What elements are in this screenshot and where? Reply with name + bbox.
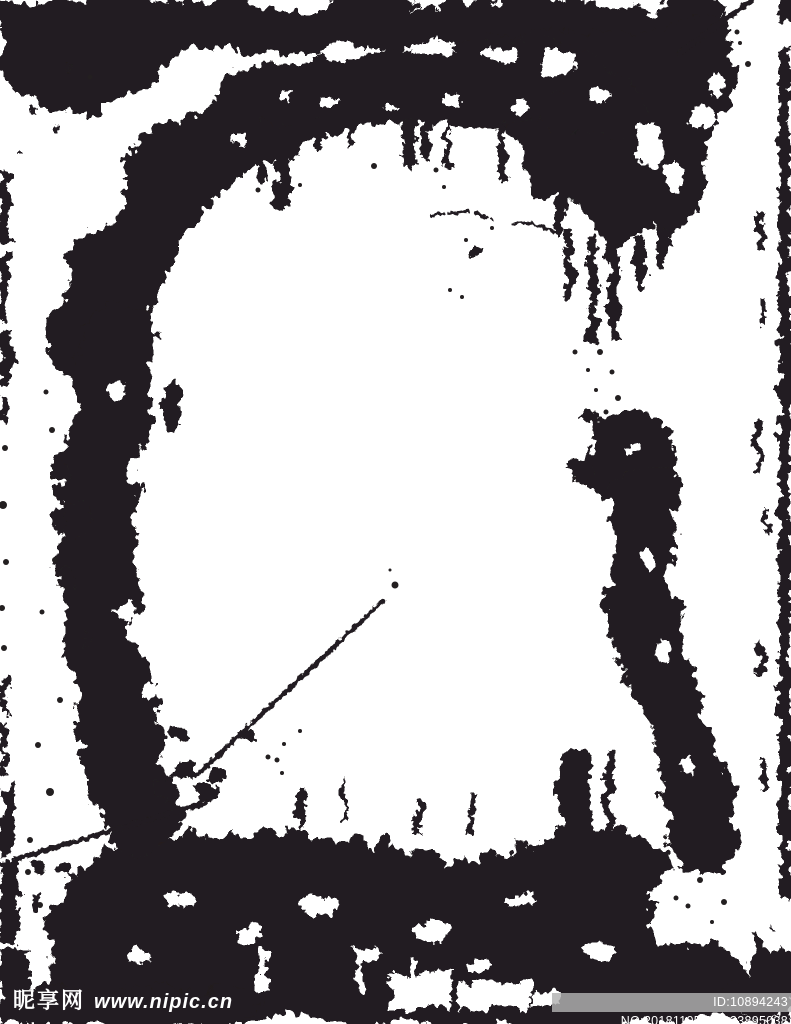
image-id-badge: ID:10894243 NO:20181105183033895038 xyxy=(552,993,791,1012)
watermark: 昵享网 www.nipic.cn xyxy=(13,990,233,1012)
watermark-site-name: 昵享网 xyxy=(13,990,85,1012)
stock-image-preview: 昵享网 www.nipic.cn ID:10894243 NO:20181105… xyxy=(0,0,791,1024)
grunge-ink-border-artwork xyxy=(0,0,791,1024)
watermark-site-url: www.nipic.cn xyxy=(94,992,233,1012)
